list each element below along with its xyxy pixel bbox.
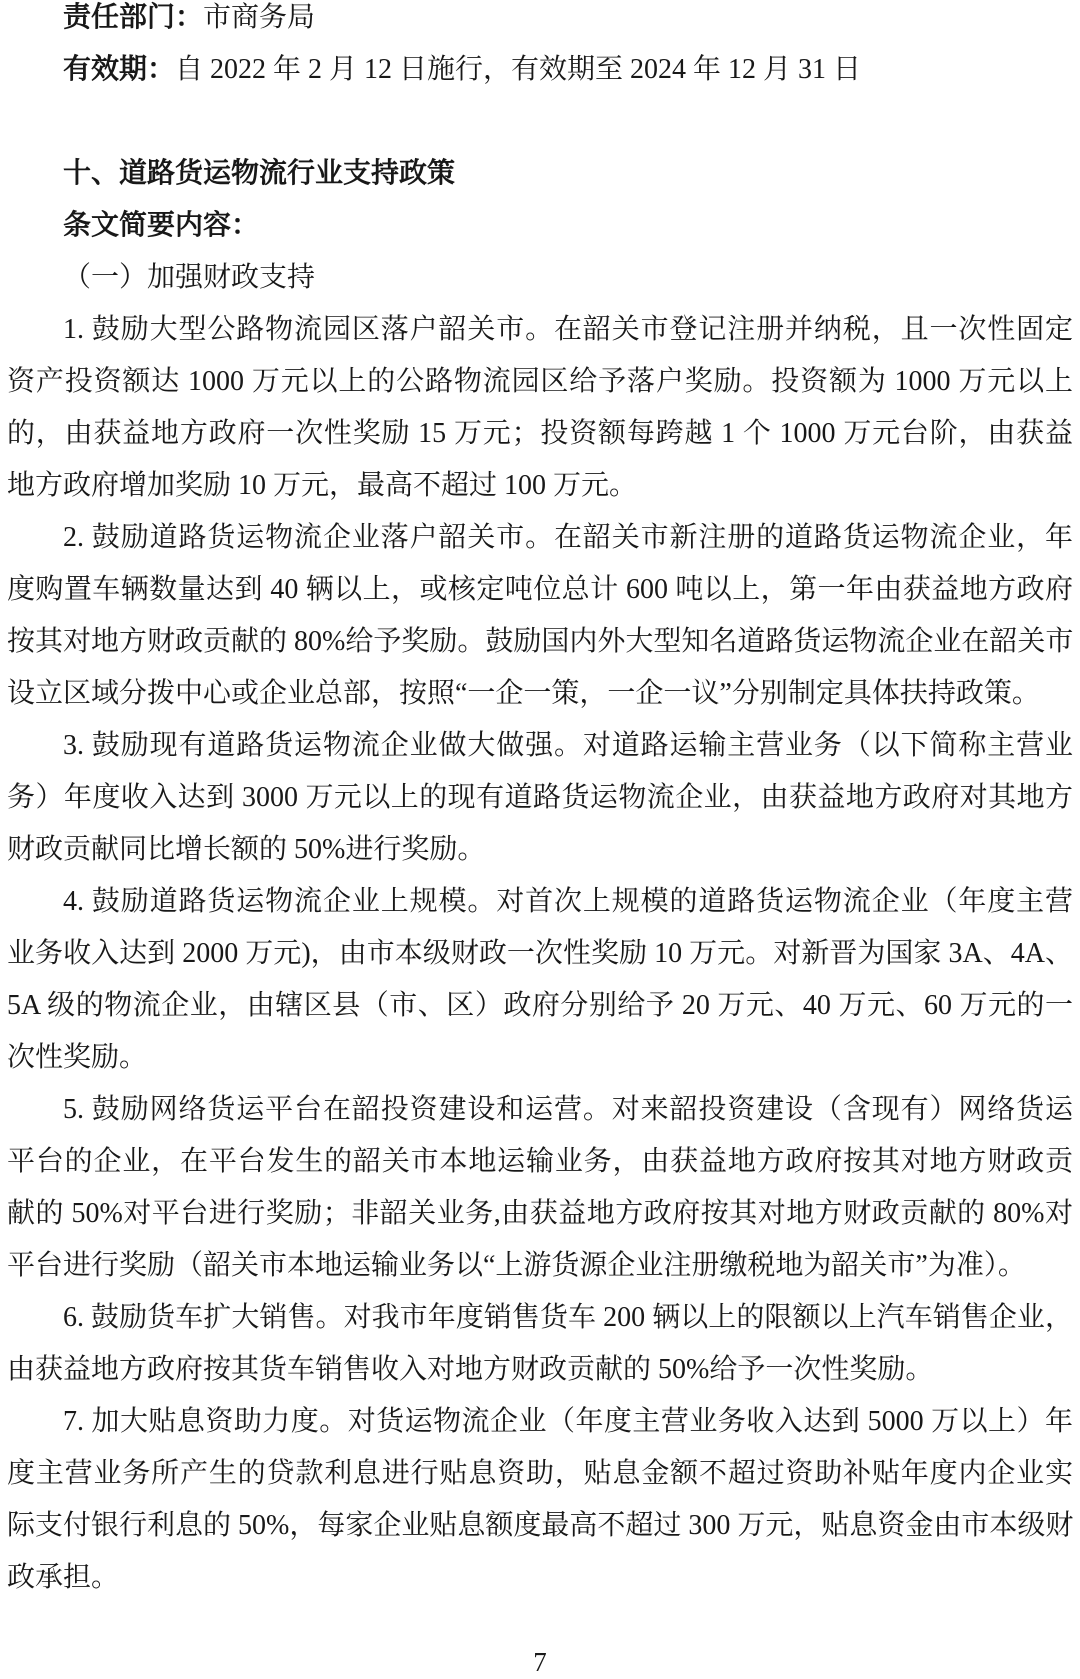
department-label: 责任部门： [63, 2, 203, 33]
item-7-line-3: 际支付银行利息的 50%，每家企业贴息额度最高不超过 300 万元，贴息资金由市… [7, 1500, 1073, 1552]
item-1-line-1: 1. 鼓励大型公路物流园区落户韶关市。在韶关市登记注册并纳税，且一次性固定 [7, 304, 1073, 356]
department-line: 责任部门：市商务局 [7, 0, 1073, 44]
item-4-line-1: 4. 鼓励道路货运物流企业上规模。对首次上规模的道路货运物流企业（年度主营 [7, 876, 1073, 928]
item-4-line-2: 业务收入达到 2000 万元)，由市本级财政一次性奖励 10 万元。对新晋为国家… [7, 928, 1073, 980]
section-heading: 十、道路货运物流行业支持政策 [7, 148, 1073, 200]
item-1-line-2: 资产投资额达 1000 万元以上的公路物流园区给予落户奖励。投资额为 1000 … [7, 356, 1073, 408]
item-1-line-3: 的，由获益地方政府一次性奖励 15 万元；投资额每跨越 1 个 1000 万元台… [7, 408, 1073, 460]
item-7-line-4: 政承担。 [7, 1552, 1073, 1604]
validity-label: 有效期： [63, 54, 175, 85]
page-number: 7 [0, 1647, 1080, 1677]
blank-line [7, 96, 1073, 148]
item-7-line-1: 7. 加大贴息资助力度。对货运物流企业（年度主营业务收入达到 5000 万以上）… [7, 1396, 1073, 1448]
item-5-line-3: 献的 50%对平台进行奖励；非韶关业务,由获益地方政府按其对地方财政贡献的 80… [7, 1188, 1073, 1240]
document-content: 责任部门：市商务局 有效期：自 2022 年 2 月 12 日施行，有效期至 2… [0, 0, 1080, 1604]
item-6-line-1: 6. 鼓励货车扩大销售。对我市年度销售货车 200 辆以上的限额以上汽车销售企业… [7, 1292, 1073, 1344]
subsection-title: （一）加强财政支持 [7, 252, 1073, 304]
item-7-line-2: 度主营业务所产生的贷款利息进行贴息资助，贴息金额不超过资助补贴年度内企业实 [7, 1448, 1073, 1500]
item-5-line-2: 平台的企业，在平台发生的韶关市本地运输业务，由获益地方政府按其对地方财政贡 [7, 1136, 1073, 1188]
item-3-line-3: 财政贡献同比增长额的 50%进行奖励。 [7, 824, 1073, 876]
item-5-line-1: 5. 鼓励网络货运平台在韶投资建设和运营。对来韶投资建设（含现有）网络货运 [7, 1084, 1073, 1136]
item-3-line-2: 务）年度收入达到 3000 万元以上的现有道路货运物流企业，由获益地方政府对其地… [7, 772, 1073, 824]
intro-label: 条文简要内容： [7, 200, 1073, 252]
item-5-line-4: 平台进行奖励（韶关市本地运输业务以“上游货源企业注册缴税地为韶关市”为准）。 [7, 1240, 1073, 1292]
item-2-line-2: 度购置车辆数量达到 40 辆以上，或核定吨位总计 600 吨以上，第一年由获益地… [7, 564, 1073, 616]
item-2-line-4: 设立区域分拨中心或企业总部，按照“一企一策，一企一议”分别制定具体扶持政策。 [7, 668, 1073, 720]
item-1-line-4: 地方政府增加奖励 10 万元，最高不超过 100 万元。 [7, 460, 1073, 512]
policy-items: 1. 鼓励大型公路物流园区落户韶关市。在韶关市登记注册并纳税，且一次性固定资产投… [7, 304, 1073, 1604]
item-4-line-4: 次性奖励。 [7, 1032, 1073, 1084]
document-page: 责任部门：市商务局 有效期：自 2022 年 2 月 12 日施行，有效期至 2… [0, 0, 1080, 1679]
validity-value: 自 2022 年 2 月 12 日施行，有效期至 2024 年 12 月 31 … [175, 54, 861, 85]
item-2-line-3: 按其对地方财政贡献的 80%给予奖励。鼓励国内外大型知名道路货运物流企业在韶关市 [7, 616, 1073, 668]
validity-line: 有效期：自 2022 年 2 月 12 日施行，有效期至 2024 年 12 月… [7, 44, 1073, 96]
item-4-line-3: 5A 级的物流企业，由辖区县（市、区）政府分别给予 20 万元、40 万元、60… [7, 980, 1073, 1032]
item-6-line-2: 由获益地方政府按其货车销售收入对地方财政贡献的 50%给予一次性奖励。 [7, 1344, 1073, 1396]
department-value: 市商务局 [203, 2, 315, 33]
item-2-line-1: 2. 鼓励道路货运物流企业落户韶关市。在韶关市新注册的道路货运物流企业，年 [7, 512, 1073, 564]
item-3-line-1: 3. 鼓励现有道路货运物流企业做大做强。对道路运输主营业务（以下简称主营业 [7, 720, 1073, 772]
